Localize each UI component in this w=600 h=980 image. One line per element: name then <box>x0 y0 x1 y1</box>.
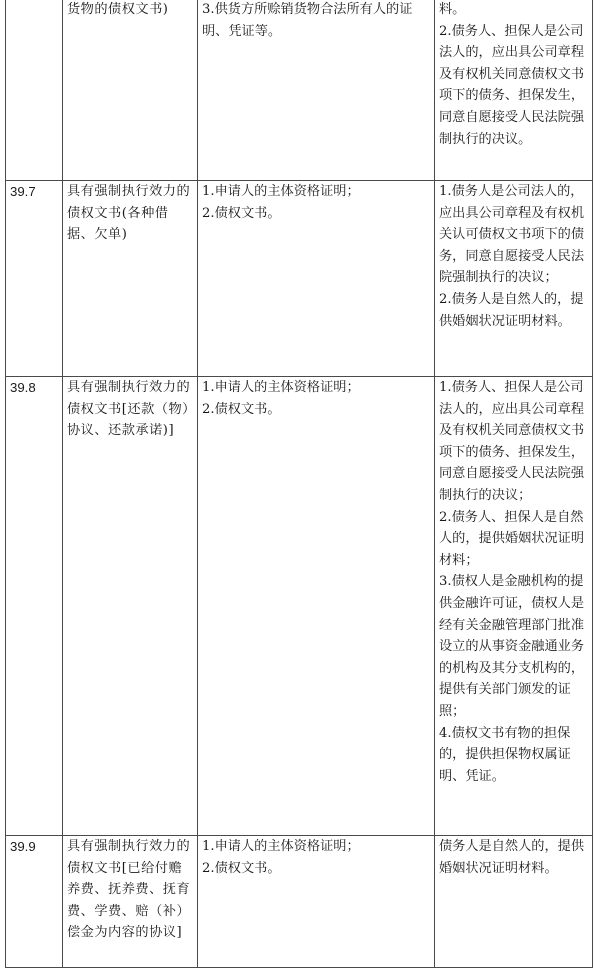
notes-cell: 料。 2.债务人、担保人是公司法人的，应出具公司章程及有权机关同意债权文书项下的… <box>435 0 593 181</box>
required-materials-cell: 1.申请人的主体资格证明； 2.债权文书。 <box>198 836 435 968</box>
note-item: 料。 <box>439 0 588 21</box>
table-row: 39.8 具有强制执行效力的债权文书[还款（物）协议、还款承诺)] 1.申请人的… <box>6 377 593 836</box>
table-row: 39.7 具有强制执行效力的债权文书(各种借据、欠单) 1.申请人的主体资格证明… <box>6 181 593 377</box>
notes-cell: 债务人是自然人的，提供婚姻状况证明材料。 <box>435 836 593 968</box>
note-item: 4.债权文书有物的担保的，提供担保物权属证明、凭证。 <box>439 723 588 788</box>
document-type-cell: 具有强制执行效力的债权文书(各种借据、欠单) <box>63 181 198 377</box>
material-item: 2.债权文书。 <box>202 399 430 421</box>
table-row: 39.9 具有强制执行效力的债权文书[已给付赡养费、抚养费、抚育费、学费、赔（补… <box>6 836 593 968</box>
material-item: 2.债权文书。 <box>202 203 430 225</box>
material-item: 1.申请人的主体资格证明； <box>202 836 430 858</box>
required-materials-cell: 1.申请人的主体资格证明； 2.债权文书。 <box>198 377 435 836</box>
document-type-text: 具有强制执行效力的债权文书(各种借据、欠单) <box>67 181 193 246</box>
table-row: 货物的债权文书) 3.供货方所赊销货物合法所有人的证明、凭证等。 料。 2.债务… <box>6 0 593 181</box>
note-item: 2.债务人是自然人的，提供婚姻状况证明材料。 <box>439 289 588 332</box>
note-item: 1.债务人、担保人是公司法人的，应出具公司章程及有权机关同意债权文书项下的债务、… <box>439 377 588 507</box>
item-number-cell <box>6 0 63 181</box>
document-type-text: 具有强制执行效力的债权文书[已给付赡养费、抚养费、抚育费、学费、赔（补）偿金为内… <box>67 836 193 944</box>
material-item: 3.供货方所赊销货物合法所有人的证明、凭证等。 <box>202 0 430 42</box>
document-type-text: 货物的债权文书) <box>67 0 193 21</box>
note-item: 债务人是自然人的，提供婚姻状况证明材料。 <box>439 836 588 879</box>
required-materials-cell: 1.申请人的主体资格证明； 2.债权文书。 <box>198 181 435 377</box>
item-number-cell: 39.9 <box>6 836 63 968</box>
enforcement-materials-table: 货物的债权文书) 3.供货方所赊销货物合法所有人的证明、凭证等。 料。 2.债务… <box>5 0 593 968</box>
document-type-cell: 货物的债权文书) <box>63 0 198 181</box>
material-item: 1.申请人的主体资格证明； <box>202 377 430 399</box>
required-materials-cell: 3.供货方所赊销货物合法所有人的证明、凭证等。 <box>198 0 435 181</box>
document-type-text: 具有强制执行效力的债权文书[还款（物）协议、还款承诺)] <box>67 377 193 442</box>
document-type-cell: 具有强制执行效力的债权文书[还款（物）协议、还款承诺)] <box>63 377 198 836</box>
note-item: 2.债务人、担保人是自然人的，提供婚姻状况证明材料； <box>439 507 588 572</box>
item-number-cell: 39.7 <box>6 181 63 377</box>
material-item: 1.申请人的主体资格证明； <box>202 181 430 203</box>
note-item: 3.债权人是金融机构的提供金融许可证，债权人是经有关金融管理部门批准设立的从事资… <box>439 571 588 722</box>
item-number-cell: 39.8 <box>6 377 63 836</box>
material-item: 2.债权文书。 <box>202 858 430 880</box>
notes-cell: 1.债务人、担保人是公司法人的，应出具公司章程及有权机关同意债权文书项下的债务、… <box>435 377 593 836</box>
note-item: 2.债务人、担保人是公司法人的，应出具公司章程及有权机关同意债权文书项下的债务、… <box>439 21 588 151</box>
document-type-cell: 具有强制执行效力的债权文书[已给付赡养费、抚养费、抚育费、学费、赔（补）偿金为内… <box>63 836 198 968</box>
notes-cell: 1.债务人是公司法人的，应出具公司章程及有权机关认可债权文书项下的债务，同意自愿… <box>435 181 593 377</box>
note-item: 1.债务人是公司法人的，应出具公司章程及有权机关认可债权文书项下的债务，同意自愿… <box>439 181 588 289</box>
